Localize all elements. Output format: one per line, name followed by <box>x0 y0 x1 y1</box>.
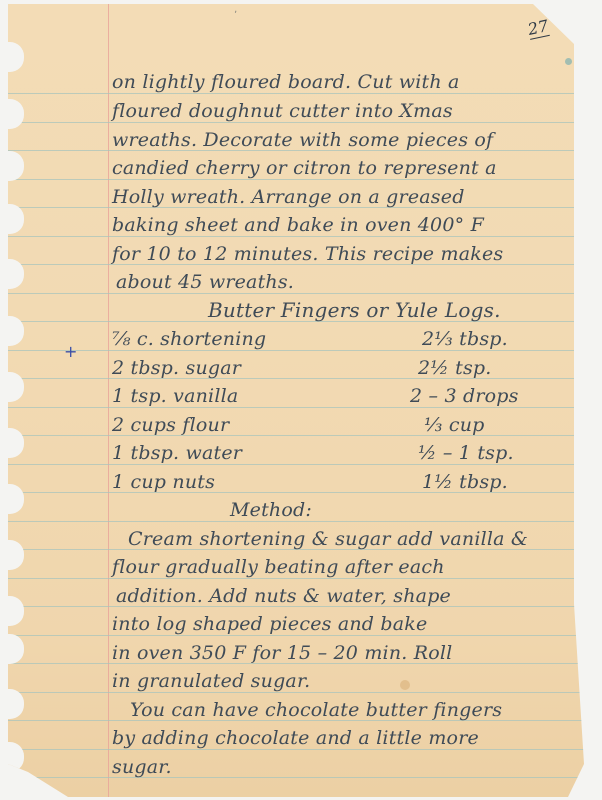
punch-hole <box>2 99 24 129</box>
ingredient-right: 2⅓ tbsp. <box>422 330 508 349</box>
text-line: candied cherry or citron to represent a <box>112 159 497 178</box>
ingredient-right: 1½ tbsp. <box>422 473 508 492</box>
text-line: wreaths. Decorate with some pieces of <box>112 131 493 150</box>
punch-hole <box>2 259 24 289</box>
punch-hole <box>2 634 24 664</box>
note-line: by adding chocolate and a little more <box>112 729 479 748</box>
ruled-line <box>8 435 592 436</box>
punch-hole <box>2 316 24 346</box>
punch-hole <box>2 372 24 402</box>
punch-hole <box>2 689 24 719</box>
ingredient-right: ½ – 1 tsp. <box>418 444 514 463</box>
recipe-title: Butter Fingers or Yule Logs. <box>208 300 501 320</box>
method-line: addition. Add nuts & water, shape <box>116 587 451 606</box>
method-line: flour gradually beating after each <box>112 558 445 577</box>
ruled-line <box>8 692 592 693</box>
ingredient-left: 1 tbsp. water <box>112 444 242 463</box>
punch-hole <box>2 42 24 72</box>
margin-check-mark: + <box>64 342 77 361</box>
ingredient-left: ⅞ c. shortening <box>112 330 266 349</box>
method-line: into log shaped pieces and bake <box>112 615 427 634</box>
punch-hole <box>2 204 24 234</box>
method-line: in oven 350 F for 15 – 20 min. Roll <box>112 644 452 663</box>
text-line: baking sheet and bake in oven 400° F <box>112 216 484 235</box>
ingredient-left: 1 tsp. vanilla <box>112 387 238 406</box>
ingredient-right: 2½ tsp. <box>418 359 492 378</box>
water-stain <box>400 680 410 690</box>
notebook-page: ʼ 27 + on lightly floured board. Cut wit… <box>8 4 592 797</box>
text-line: floured doughnut cutter into Xmas <box>112 102 453 121</box>
top-mark: ʼ <box>234 10 237 21</box>
text-line: for 10 to 12 minutes. This recipe makes <box>112 245 503 264</box>
punch-hole <box>2 151 24 181</box>
ruled-line <box>8 464 592 465</box>
ruled-line <box>8 777 592 778</box>
ingredient-right: ⅓ cup <box>424 416 485 435</box>
ruled-line <box>8 93 592 94</box>
punch-hole <box>2 428 24 458</box>
text-line: on lightly floured board. Cut with a <box>112 73 460 92</box>
ingredient-left: 2 cups flour <box>112 416 229 435</box>
method-heading: Method: <box>230 501 312 520</box>
ingredient-right: 2 – 3 drops <box>410 387 519 406</box>
ruled-line <box>8 350 592 351</box>
ruled-line <box>8 122 592 123</box>
punch-hole <box>2 742 24 772</box>
ruled-line <box>8 749 592 750</box>
text-line: about 45 wreaths. <box>116 273 294 292</box>
ruled-line <box>8 407 592 408</box>
ruled-line <box>8 578 592 579</box>
punch-hole <box>2 596 24 626</box>
ruled-line <box>8 378 592 379</box>
page-number: 27 <box>526 16 550 40</box>
text-line: Holly wreath. Arrange on a greased <box>112 188 465 207</box>
ink-stain <box>565 58 572 65</box>
ruled-line <box>8 179 592 180</box>
note-line: You can have chocolate butter fingers <box>130 701 502 720</box>
ingredient-left: 2 tbsp. sugar <box>112 359 241 378</box>
punch-hole <box>2 540 24 570</box>
note-line: sugar. <box>112 758 172 777</box>
ruled-line <box>8 521 592 522</box>
method-line: in granulated sugar. <box>112 672 310 691</box>
punch-hole <box>2 484 24 514</box>
method-line: Cream shortening & sugar add vanilla & <box>128 530 528 549</box>
ruled-line <box>8 236 592 237</box>
ingredient-left: 1 cup nuts <box>112 473 215 492</box>
ruled-line <box>8 635 592 636</box>
ruled-line <box>8 293 592 294</box>
